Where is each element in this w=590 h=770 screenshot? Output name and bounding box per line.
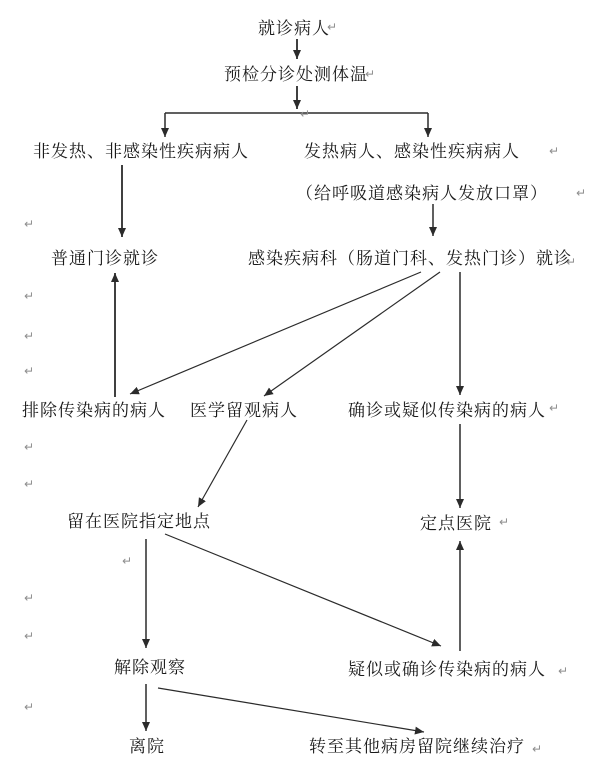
paragraph-mark-icon: ↵	[24, 218, 34, 230]
paragraph-mark-icon: ↵	[327, 21, 337, 33]
flow-edge-infectious-dept-to-observation	[264, 272, 440, 396]
flow-edge-release-observation-to-transfer-ward	[158, 688, 424, 732]
flow-node-leave-hospital: 离院	[129, 736, 165, 758]
paragraph-mark-icon: ↵	[24, 592, 34, 604]
flow-node-excluded: 排除传染病的病人	[22, 400, 166, 422]
flow-edge-infectious-dept-to-excluded	[130, 272, 421, 394]
flow-node-designated-place: 留在医院指定地点	[67, 511, 211, 533]
paragraph-mark-icon: ↵	[24, 701, 34, 713]
flow-node-general-outpatient: 普通门诊就诊	[51, 248, 159, 270]
paragraph-mark-icon: ↵	[122, 555, 132, 567]
flow-node-patient-arrival: 就诊病人	[258, 18, 330, 40]
paragraph-mark-icon: ↵	[549, 402, 559, 414]
flowchart-page: 就诊病人预检分诊处测体温非发热、非感染性疾病病人发热病人、感染性疾病病人（给呼吸…	[0, 0, 590, 770]
flow-edge-observation-to-designated-place	[198, 420, 247, 507]
paragraph-mark-icon: ↵	[24, 478, 34, 490]
paragraph-mark-icon: ↵	[24, 630, 34, 642]
paragraph-mark-icon: ↵	[549, 145, 559, 157]
flow-node-suspected-confirmed: 疑似或确诊传染病的病人	[348, 659, 546, 681]
flow-node-confirmed-suspected: 确诊或疑似传染病的病人	[348, 400, 546, 422]
paragraph-mark-icon: ↵	[576, 187, 586, 199]
flow-edge-designated-place-to-suspected-confirmed	[165, 534, 441, 646]
flow-node-fever: 发热病人、感染性疾病病人	[304, 141, 520, 163]
flow-node-non-fever: 非发热、非感染性疾病病人	[33, 141, 249, 163]
flow-node-infectious-dept: 感染疾病科（肠道门科、发热门诊）就诊	[248, 248, 572, 270]
paragraph-mark-icon: ↵	[24, 330, 34, 342]
flow-node-transfer-ward: 转至其他病房留院继续治疗	[309, 736, 525, 758]
paragraph-mark-icon: ↵	[24, 365, 34, 377]
flow-node-designated-hospital: 定点医院	[420, 513, 492, 535]
paragraph-mark-icon: ↵	[24, 290, 34, 302]
flow-node-triage-temperature: 预检分诊处测体温	[224, 64, 368, 86]
flow-node-release-observation: 解除观察	[114, 657, 186, 679]
paragraph-mark-icon: ↵	[532, 743, 542, 755]
flow-node-observation: 医学留观病人	[190, 400, 298, 422]
paragraph-mark-icon: ↵	[566, 256, 576, 268]
paragraph-mark-icon: ↵	[499, 516, 509, 528]
paragraph-mark-icon: ↵	[365, 68, 375, 80]
flowchart-edges	[0, 0, 590, 770]
paragraph-mark-icon: ↵	[558, 665, 568, 677]
paragraph-mark-icon: ↵	[24, 441, 34, 453]
paragraph-mark-icon: ↵	[300, 108, 310, 120]
flow-node-mask-note: （给呼吸道感染病人发放口罩）	[296, 183, 548, 205]
